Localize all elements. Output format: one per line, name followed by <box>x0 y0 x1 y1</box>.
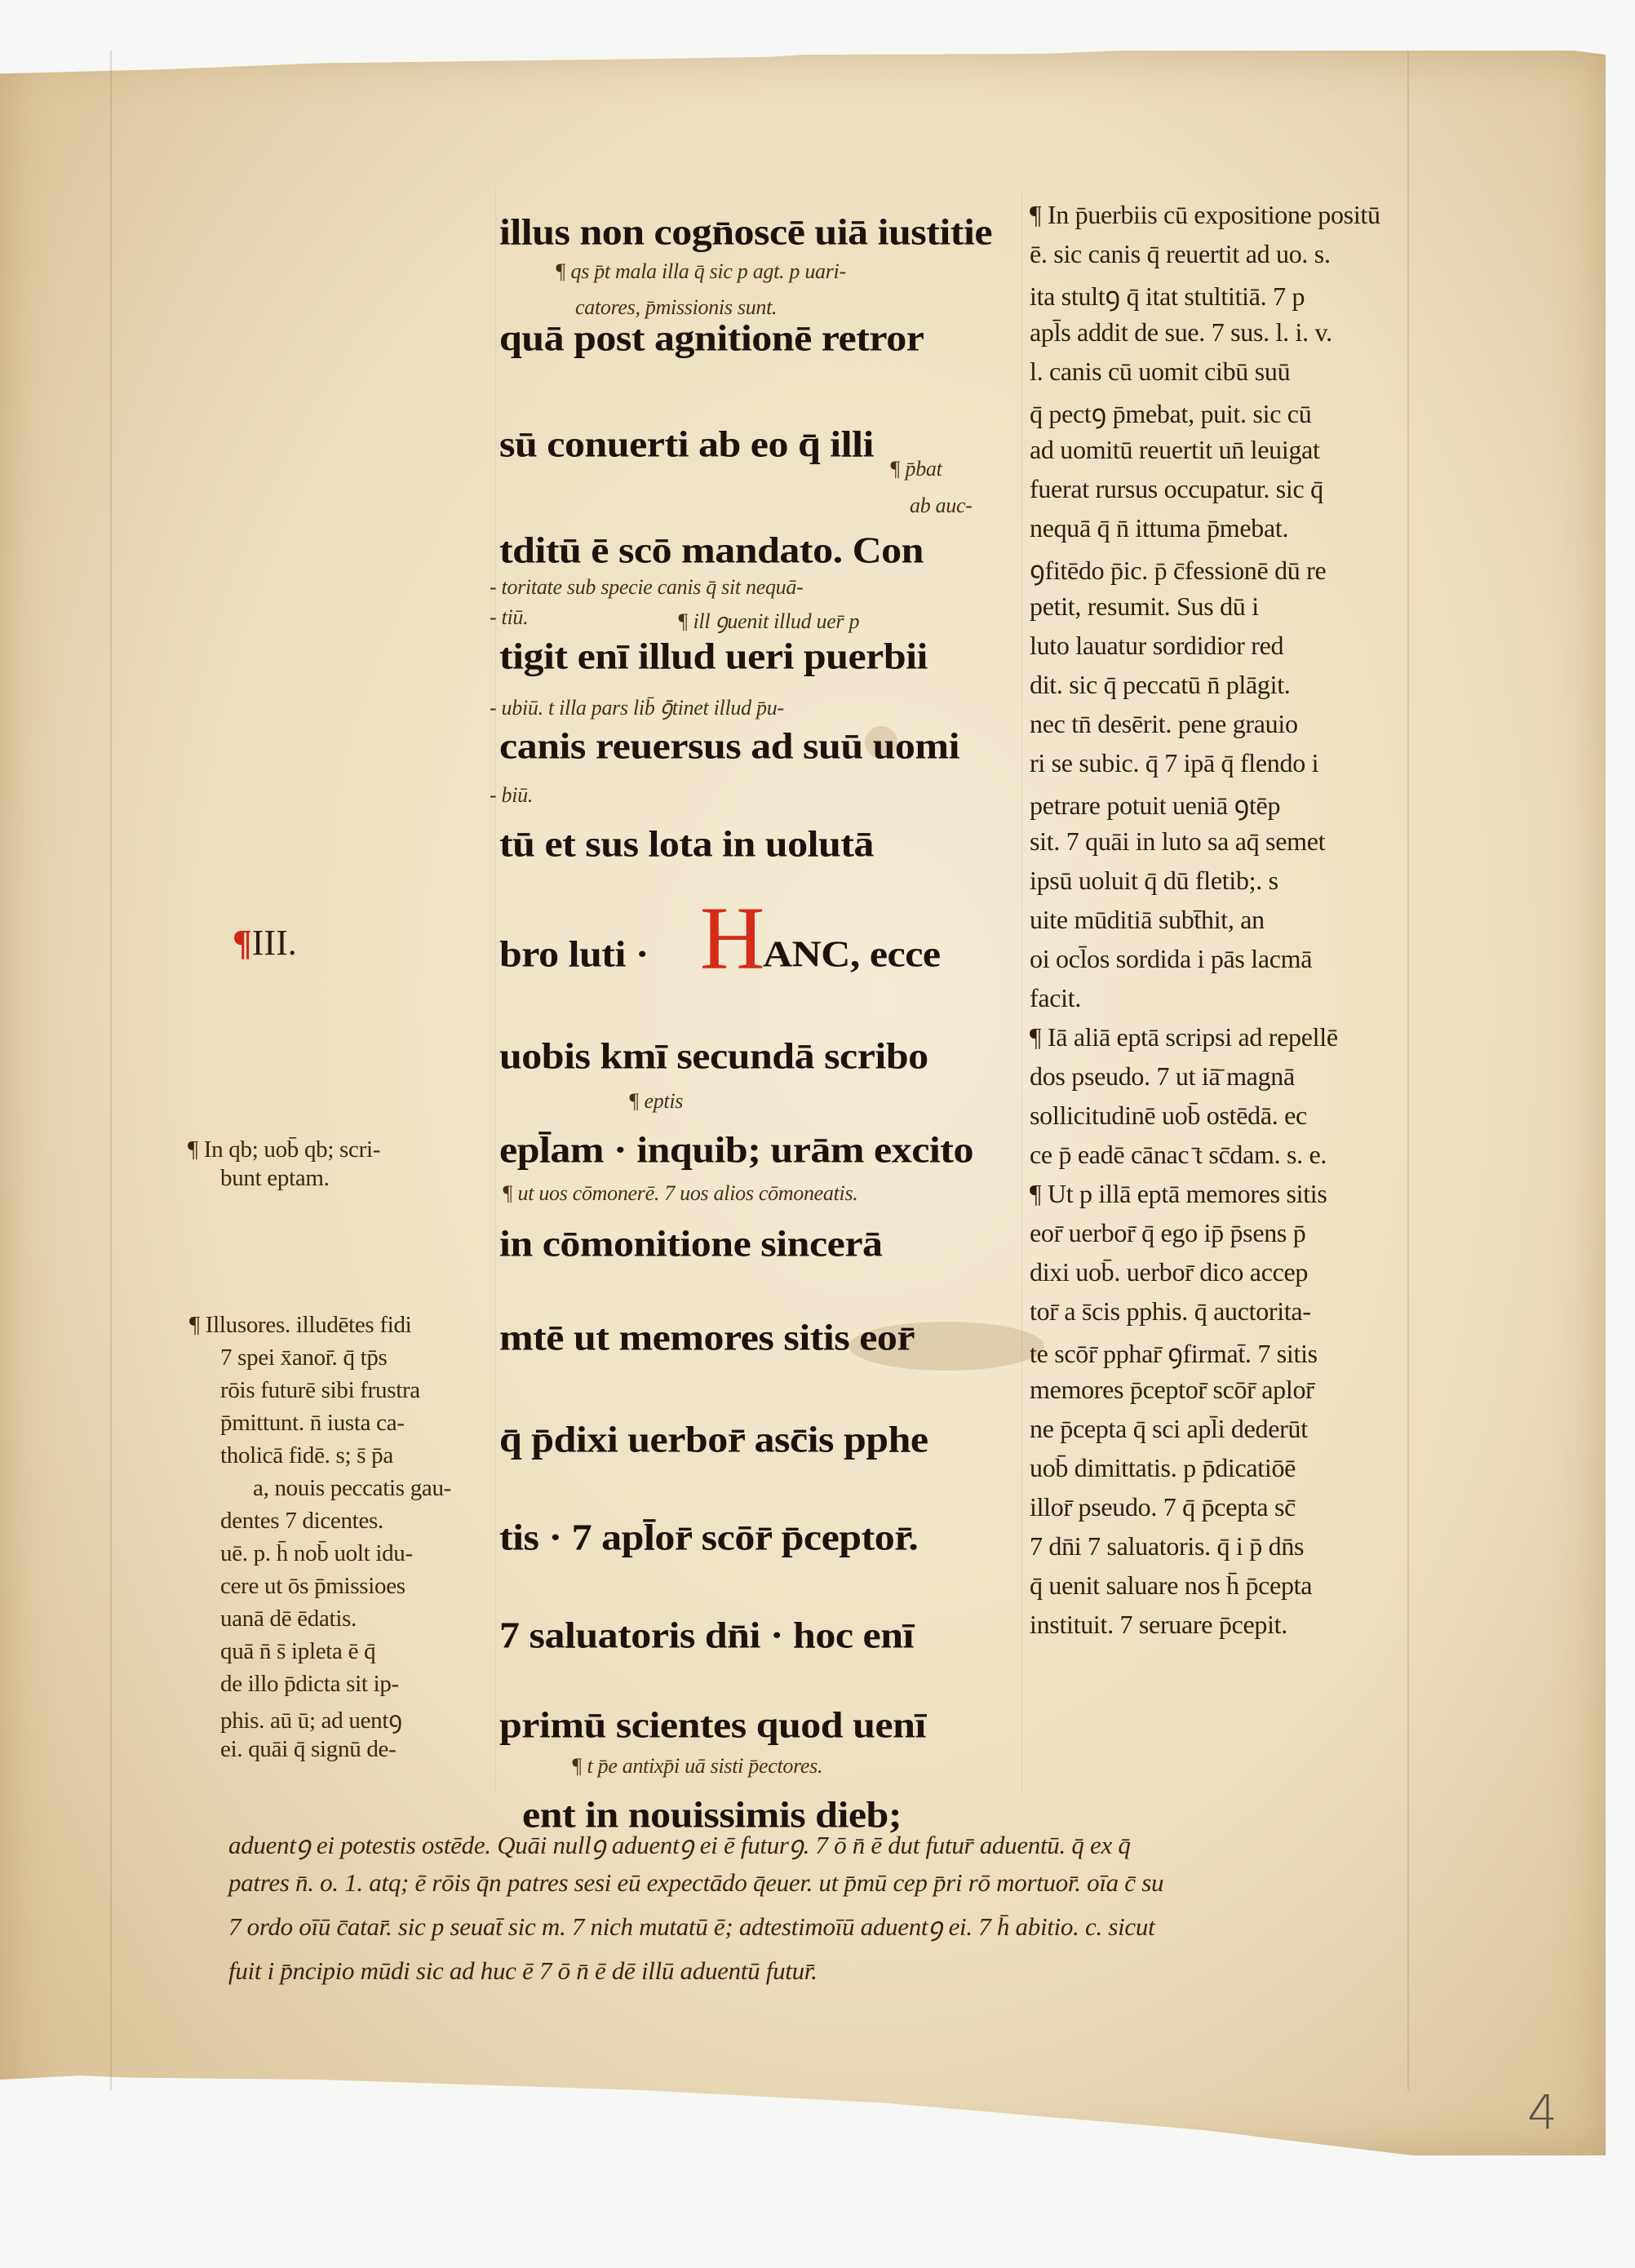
gloss-line: p̄mittunt. n̄ iusta ca- <box>220 1410 405 1437</box>
gloss-line: ne p̄cepta q̄ sci apl̄i dederūt <box>1030 1414 1308 1444</box>
gloss-line: 7 spei x̄anor̄. q̄ tp̄s <box>220 1344 388 1371</box>
gloss-line: instituit. 7 seruare p̄cepit. <box>1030 1610 1287 1640</box>
gloss-line: ē. sic canis q̄ reuertit ad uo. s. <box>1030 239 1331 269</box>
main-line: sū conuerti ab eo q̄ illi <box>499 422 874 465</box>
main-line: tigit enī illud ueri puerbii <box>499 634 928 677</box>
gloss-line: luto lauatur sordidior red <box>1030 631 1283 661</box>
main-line: tū et sus lota in uolutā <box>499 822 874 865</box>
red-initial-capital: H <box>700 893 764 983</box>
gloss-line: ad uomitū reuertit un̄ leuigat <box>1030 435 1320 465</box>
gloss-line: rōis futurē sibi frustra <box>220 1377 420 1404</box>
gloss-line: uanā dē ēdatis. <box>220 1606 357 1632</box>
gloss-line: ¶ In p̄uerbiis cū expositione positū <box>1030 200 1380 230</box>
gloss-line: ce p̄ eadē cānac ̄t sc̄dam. s. e. <box>1030 1140 1327 1170</box>
gloss-line: memores p̄ceptor̄ scōr̄ aplor̄ <box>1030 1375 1314 1405</box>
gloss-line: oi ocl̄os sordida i pās lacmā <box>1030 944 1312 974</box>
gloss-line: uob̄ dimittatis. p p̄dicatiōē <box>1030 1453 1296 1483</box>
gloss-line: 7 dn̄i 7 saluatoris. q̄ i p̄ dn̄s <box>1030 1531 1304 1561</box>
paragraph-mark-icon: ¶ <box>233 923 252 963</box>
interlinear-gloss: catores, p̄missionis sunt. <box>575 295 777 320</box>
ruling-line <box>495 188 496 1795</box>
gloss-line: fuit i p̄ncipio mūdi sic ad huc ē 7 ō n̄… <box>228 1956 817 1986</box>
gloss-line: ri se subic. q̄ 7 ipā q̄ flendo i <box>1030 748 1318 778</box>
main-line: illus non cogn̄oscē uiā iustitie <box>499 210 992 253</box>
gloss-line: nec tn̄ desērit. pene grauio <box>1030 709 1298 739</box>
gloss-line: ei. quāi q̄ signū de- <box>220 1736 396 1763</box>
gloss-line: illor̄ pseudo. 7 q̄ p̄cepta sc̄ <box>1030 1492 1296 1522</box>
main-line: tis · 7 apl̄or̄ scōr̄ p̄ceptor̄. <box>499 1515 918 1558</box>
fold-line <box>110 51 112 2090</box>
gloss-line: fuerat rursus occupatur. sic q̄ <box>1030 474 1323 504</box>
gloss-line: dit. sic q̄ peccatū n̄ plāgit. <box>1030 670 1291 700</box>
gloss-line: sollicitudinē uob̄ ostēdā. ec <box>1030 1101 1307 1131</box>
main-line: 7 saluatoris dn̄i · hoc enī <box>499 1613 914 1656</box>
interlinear-gloss: ab auc- <box>910 494 973 518</box>
main-line: quā post agnitionē retror <box>499 316 924 359</box>
main-line: canis reuersus ad suū uomi <box>499 724 959 767</box>
gloss-line: bunt eptam. <box>220 1165 330 1192</box>
main-line: mtē ut memores sitis eor̄ <box>499 1315 915 1358</box>
gloss-line: aduentꝯ ei potestis ostēde. Quāi nullꝯ a… <box>228 1827 1131 1862</box>
gloss-line: ꝯfitēdo p̄ic. p̄ c̄fessionē dū re <box>1030 552 1326 587</box>
interlinear-gloss: ¶ eptis <box>628 1089 683 1114</box>
interlinear-gloss: - biū. <box>490 783 533 808</box>
chapter-punct: . <box>288 923 297 963</box>
interlinear-gloss: - ubiū. t illa pars lib̄ ꝯ̄tinet illud p… <box>490 692 784 721</box>
gloss-line: uite mūditiā subt̄hit, an <box>1030 905 1265 935</box>
gloss-line: ita stultꝯ q̄ itat stultitiā. 7 p <box>1030 278 1305 313</box>
gloss-line: q̄ uenit saluare nos h̄ p̄cepta <box>1030 1570 1312 1601</box>
main-line: uobis kmī secundā scribo <box>499 1034 928 1077</box>
main-line: tditū ē scō mandato. Con <box>499 528 924 571</box>
gloss-line: dixi uob̄. uerbor̄ dico accep <box>1030 1257 1308 1287</box>
main-line: q̄ p̄dixi uerbor̄ asc̄is pphe <box>499 1417 928 1460</box>
gloss-line: 7 ordo oīū c̄atar̄. sic p seuat̄ sic m. … <box>228 1909 1154 1943</box>
gloss-line: te scōr̄ pphar̄ ꝯfirmat̄. 7 sitis <box>1030 1336 1318 1371</box>
fold-line <box>1407 51 1409 2090</box>
gloss-line: sit. 7 quāi in luto sa aq̄ semet <box>1030 826 1325 857</box>
gloss-line: dos pseudo. 7 ut iā̄ magnā <box>1030 1061 1295 1092</box>
gloss-line: l. canis cū uomit cibū suū <box>1030 357 1290 387</box>
gloss-line: tholicā fidē. s; s̄ p̄a <box>220 1442 393 1469</box>
main-line: in cōmonitione sincerā <box>499 1221 883 1265</box>
interlinear-gloss: ¶ qs p̄t mala illa q̄ sic p agt. p uari- <box>555 259 846 284</box>
folio-number: 4 <box>1527 2084 1557 2140</box>
gloss-line: q̄ pectꝯ p̄mebat, puit. sic cū <box>1030 396 1311 431</box>
main-line: bro luti · <box>499 932 649 975</box>
gloss-line: uē. p. h̄ nob̄ uolt idu- <box>220 1540 413 1567</box>
gloss-line: ¶ Ut p illā eptā memores sitis <box>1030 1179 1327 1209</box>
interlinear-gloss: ¶ ut uos cōmonerē. 7 uos alios cōmoneati… <box>502 1181 857 1206</box>
interlinear-gloss: ¶ ill ꝯuenit illud uer̄ p <box>677 605 859 635</box>
gloss-line: petit, resumit. Sus dū i <box>1030 591 1259 622</box>
gloss-line: tor̄ a s̄cis pphis. q̄ auctorita- <box>1030 1296 1311 1327</box>
chapter-numeral: III <box>252 923 288 963</box>
gloss-line: nequā q̄ n̄ ittuma p̄mebat. <box>1030 513 1288 543</box>
gloss-line: quā n̄ s̄ ipleta ē q̄ <box>220 1638 375 1665</box>
gloss-line: facit. <box>1030 983 1081 1013</box>
gloss-line: phis. aū ū; ad uentꝯ <box>220 1703 402 1735</box>
gloss-line: ipsū uoluit q̄ dū fletib;. s <box>1030 866 1278 896</box>
interlinear-gloss: - toritate sub specie canis q̄ sit nequā… <box>490 575 803 600</box>
gloss-line: dentes 7 dicentes. <box>220 1508 383 1535</box>
gloss-line: ¶ Illusores. illudētes fidi <box>189 1312 411 1339</box>
gloss-line: patres n̄. o. 1. atq; ē rōis q̄n patres … <box>228 1868 1163 1898</box>
main-line: ANC, ecce <box>763 932 941 975</box>
main-line: primū scientes quod uenī <box>499 1703 926 1746</box>
ruling-line <box>1021 188 1022 1795</box>
gloss-line: apl̄s addit de sue. 7 sus. l. i. v. <box>1030 317 1332 348</box>
gloss-line: de illo p̄dicta sit ip- <box>220 1671 399 1698</box>
interlinear-gloss: - tiū. <box>490 605 528 630</box>
main-line: epl̄am · inquib; urām excito <box>499 1127 973 1171</box>
chapter-mark: ¶III. <box>233 922 297 963</box>
gloss-line: a, nouis peccatis gau- <box>253 1475 451 1502</box>
gloss-line: eor̄ uerbor̄ q̄ ego ip̄ p̄sens p̄ <box>1030 1218 1305 1248</box>
interlinear-gloss: ¶ p̄bat <box>889 457 942 481</box>
gloss-line: petrare potuit ueniā ꝯtēp <box>1030 787 1280 822</box>
gloss-line: ¶ Iā aliā eptā scripsi ad repellē <box>1030 1022 1338 1052</box>
interlinear-gloss: ¶ t p̄e antixp̄i uā sisti p̄ectores. <box>571 1754 822 1779</box>
gloss-line: ¶ In qb; uob̄ qb; scri- <box>188 1136 380 1163</box>
gloss-line: cere ut ōs p̄missioes <box>220 1573 405 1600</box>
